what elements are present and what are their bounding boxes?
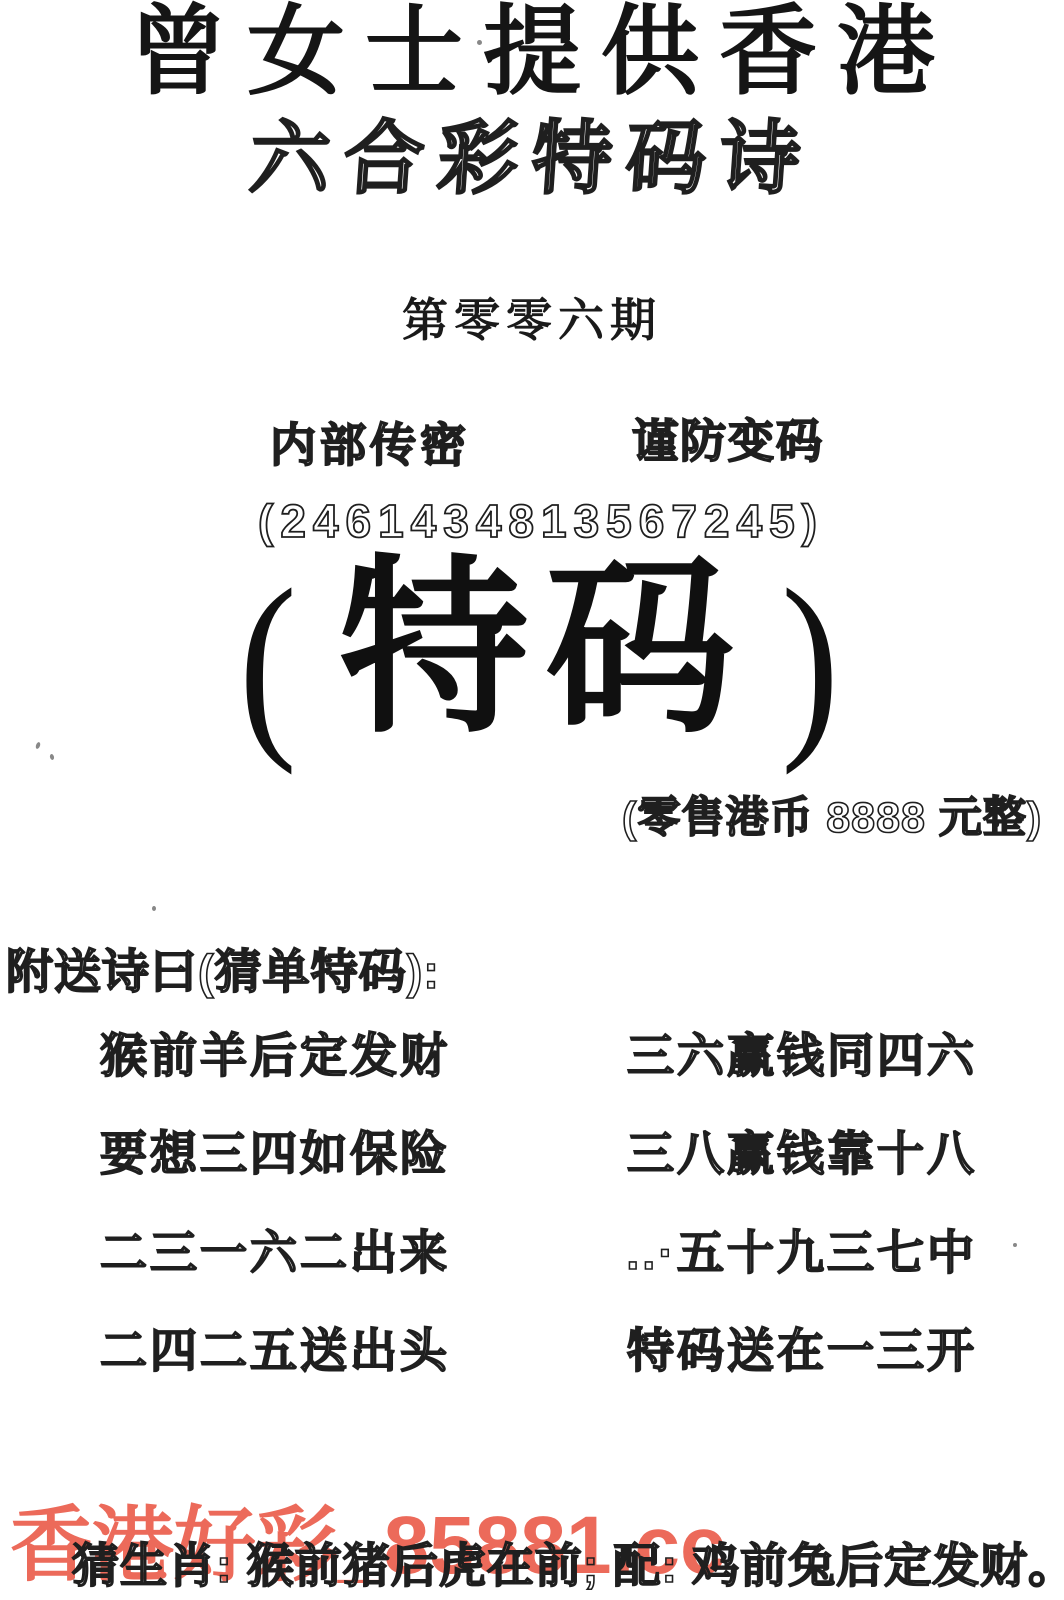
issue-number: 第零零六期 xyxy=(0,298,1064,344)
poem-section-header: 附送诗曰(猜单特码): xyxy=(6,948,440,995)
cipher-code: (2461434813567245) xyxy=(258,498,824,544)
special-code-heading: (特码) xyxy=(0,556,1064,749)
poem-right-line-4: 特码送在一三开 xyxy=(627,1327,977,1374)
special-open-paren: ( xyxy=(239,558,313,764)
notice-internal-secret: 内部传密 xyxy=(270,422,470,468)
poem-right-line-2: 三八赢钱靠十八 xyxy=(627,1130,977,1177)
series-title: 六合彩特码诗 xyxy=(0,120,1064,200)
price-note: (零售港币 8888 元整) xyxy=(622,797,1042,840)
poem-left-line-1: 猴前羊后定发财 xyxy=(100,1032,450,1079)
notice-beware-code-change: 谨防变码 xyxy=(632,418,824,464)
poem-right-line-3: ..·五十九三七中 xyxy=(626,1229,977,1276)
poem-left-line-4: 二四二五送出头 xyxy=(100,1327,450,1374)
scan-artifact xyxy=(152,906,156,911)
scan-artifact xyxy=(477,40,482,45)
poem-right-line-1: 三六赢钱同四六 xyxy=(627,1032,977,1079)
poem-left-line-3: 二三一六二出来 xyxy=(100,1229,450,1276)
special-code-label: 特码 xyxy=(339,546,751,756)
publisher-title: 曾女士提供香港 xyxy=(0,4,1064,102)
scan-artifact xyxy=(49,754,54,761)
special-close-paren: ) xyxy=(781,558,855,764)
zodiac-hint-line: 猜生肖: 猴前猪后虎在前; 配: 鸡前兔后定发财。 xyxy=(72,1542,1064,1589)
poem-left-line-2: 要想三四如保险 xyxy=(100,1130,450,1177)
scanned-lottery-flyer: 曾女士提供香港 六合彩特码诗 第零零六期 内部传密 谨防变码 (24614348… xyxy=(0,0,1064,1600)
scan-artifact xyxy=(1013,1243,1017,1247)
